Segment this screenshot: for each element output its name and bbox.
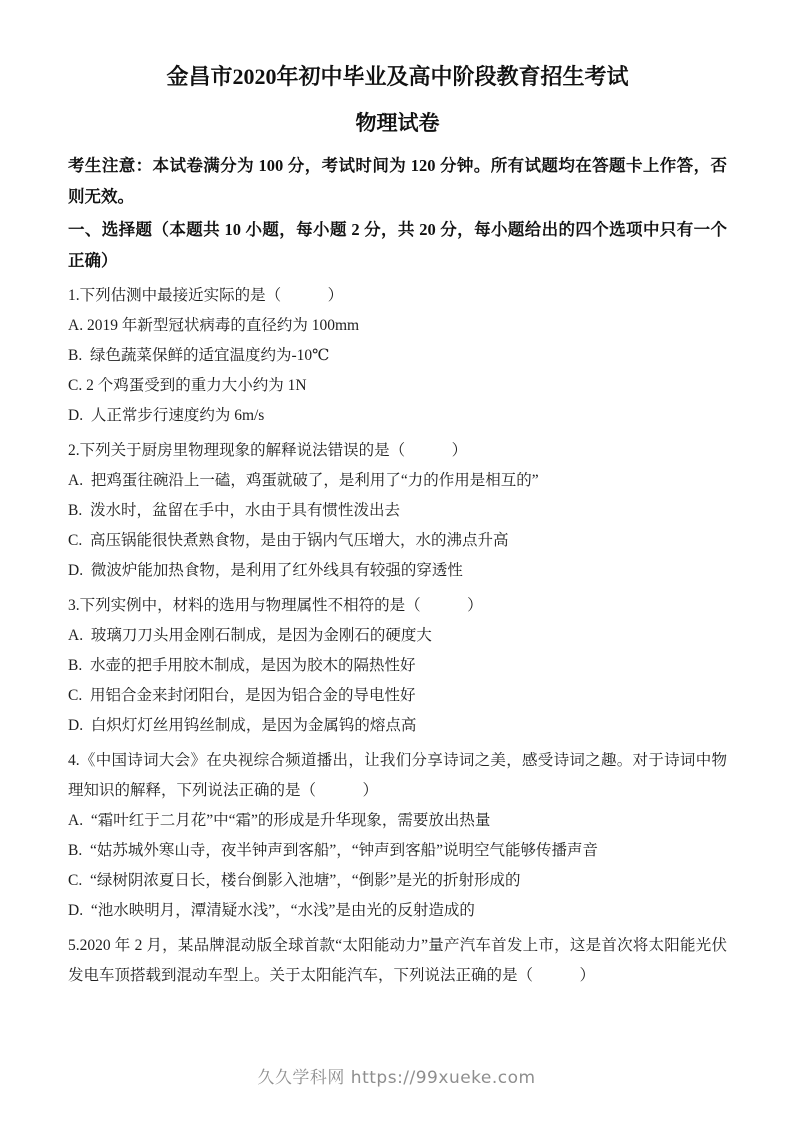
candidate-notice: 考生注意：本试卷满分为 100 分，考试时间为 120 分钟。所有试题均在答题卡… (68, 150, 727, 212)
question-3-option-b: B. 水壶的把手用胶木制成，是因为胶木的隔热性好 (68, 651, 727, 681)
question-1-option-b: B. 绿色蔬菜保鲜的适宜温度约为-10℃ (68, 341, 727, 371)
exam-paper-page: 金昌市2020年初中毕业及高中阶段教育招生考试 物理试卷 考生注意：本试卷满分为… (0, 0, 793, 1122)
exam-subtitle: 物理试卷 (68, 108, 727, 138)
question-3: 3.下列实例中，材料的选用与物理属性不相符的是（ ） A. 玻璃刀刀头用金刚石制… (68, 591, 727, 741)
question-4: 4.《中国诗词大会》在央视综合频道播出，让我们分享诗词之美，感受诗词之趣。对于诗… (68, 746, 727, 926)
section-header-multiple-choice: 一、选择题（本题共 10 小题，每小题 2 分，共 20 分，每小题给出的四个选… (68, 214, 727, 276)
question-3-option-a: A. 玻璃刀刀头用金刚石制成，是因为金刚石的硬度大 (68, 621, 727, 651)
question-1-option-d: D. 人正常步行速度约为 6m/s (68, 401, 727, 431)
footer-site-text: 久久学科网 https://99xueke.com (257, 1068, 535, 1088)
question-2-option-b: B. 泼水时，盆留在手中，水由于具有惯性泼出去 (68, 496, 727, 526)
question-1-option-a: A. 2019 年新型冠状病毒的直径约为 100mm (68, 311, 727, 341)
question-1-stem: 1.下列估测中最接近实际的是（ ） (68, 281, 727, 311)
question-1: 1.下列估测中最接近实际的是（ ） A. 2019 年新型冠状病毒的直径约为 1… (68, 281, 727, 431)
question-2: 2.下列关于厨房里物理现象的解释说法错误的是（ ） A. 把鸡蛋往碗沿上一磕，鸡… (68, 436, 727, 586)
question-3-option-c: C. 用铝合金来封闭阳台，是因为铝合金的导电性好 (68, 681, 727, 711)
question-4-option-d: D. “池水映明月，潭清疑水浅”，“水浅”是由光的反射造成的 (68, 896, 727, 926)
question-2-option-d: D. 微波炉能加热食物，是利用了红外线具有较强的穿透性 (68, 556, 727, 586)
question-3-option-d: D. 白炽灯灯丝用钨丝制成，是因为金属钨的熔点高 (68, 711, 727, 741)
question-1-option-c: C. 2 个鸡蛋受到的重力大小约为 1N (68, 371, 727, 401)
question-2-option-a: A. 把鸡蛋往碗沿上一磕，鸡蛋就破了，是利用了“力的作用是相互的” (68, 466, 727, 496)
question-4-stem: 4.《中国诗词大会》在央视综合频道播出，让我们分享诗词之美，感受诗词之趣。对于诗… (68, 746, 727, 806)
question-4-option-a: A. “霜叶红于二月花”中“霜”的形成是升华现象，需要放出热量 (68, 806, 727, 836)
question-3-stem: 3.下列实例中，材料的选用与物理属性不相符的是（ ） (68, 591, 727, 621)
page-footer-watermark: 久久学科网 https://99xueke.com (0, 1066, 793, 1090)
question-2-stem: 2.下列关于厨房里物理现象的解释说法错误的是（ ） (68, 436, 727, 466)
question-5-stem: 5.2020 年 2 月，某品牌混动版全球首款“太阳能动力”量产汽车首发上市，这… (68, 931, 727, 991)
exam-title: 金昌市2020年初中毕业及高中阶段教育招生考试 (68, 62, 727, 92)
question-5: 5.2020 年 2 月，某品牌混动版全球首款“太阳能动力”量产汽车首发上市，这… (68, 931, 727, 991)
question-4-option-c: C. “绿树阴浓夏日长，楼台倒影入池塘”，“倒影”是光的折射形成的 (68, 866, 727, 896)
question-4-option-b: B. “姑苏城外寒山寺，夜半钟声到客船”，“钟声到客船”说明空气能够传播声音 (68, 836, 727, 866)
question-2-option-c: C. 高压锅能很快煮熟食物，是由于锅内气压增大，水的沸点升高 (68, 526, 727, 556)
